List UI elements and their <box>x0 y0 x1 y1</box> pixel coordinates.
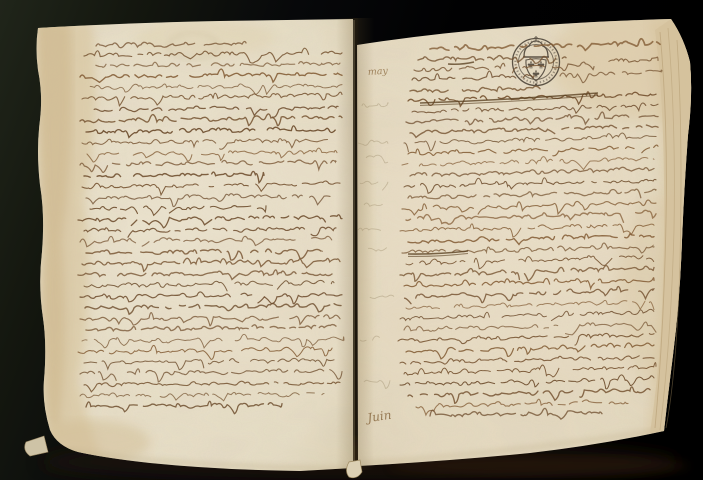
manuscript-photo: may Juin <box>0 0 703 480</box>
marginal-note-may: may <box>367 66 388 78</box>
binding-tab <box>347 460 363 478</box>
left-page <box>25 10 365 480</box>
stamp-pendant <box>535 83 537 85</box>
right-page <box>350 4 703 480</box>
manuscript-book: may Juin <box>25 4 703 480</box>
